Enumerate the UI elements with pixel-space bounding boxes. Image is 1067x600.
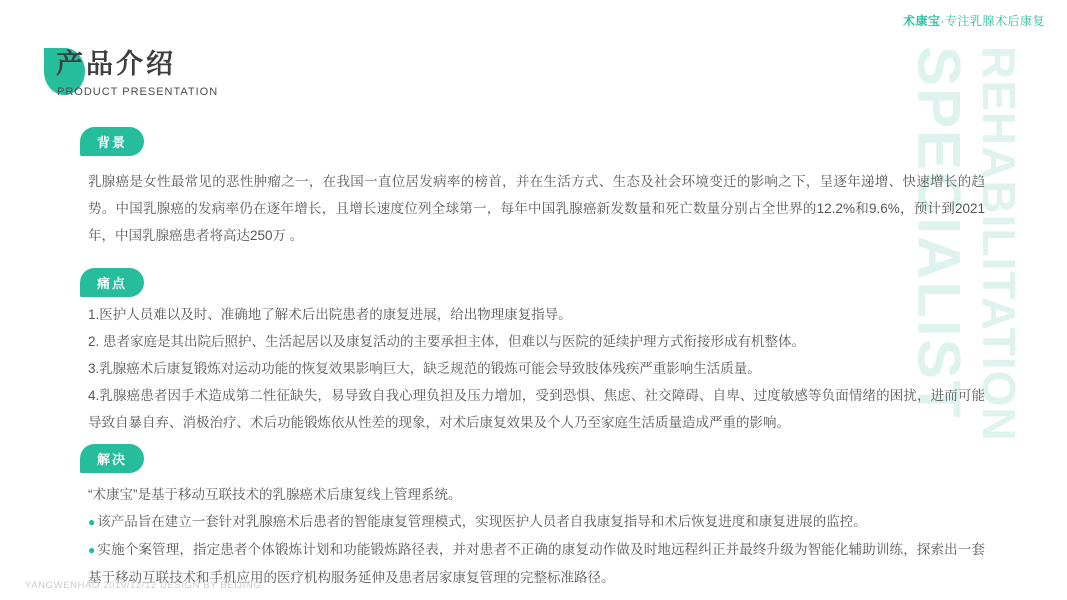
section-badge-painpoints: 痛点 bbox=[80, 268, 144, 297]
painpoint-item-3: 3.乳腺癌术后康复锻炼对运动功能的恢复效果影响巨大，缺乏规范的锻炼可能会导致肢体… bbox=[88, 355, 985, 382]
solution-intro: “术康宝”是基于移动互联技术的乳腺癌术后康复线上管理系统。 bbox=[88, 481, 985, 508]
title-block: 产品介绍 PRODUCT PRESENTATION bbox=[44, 46, 218, 98]
solution-bullet-2-text: 实施个案管理，指定患者个体锻炼计划和功能锻炼路径表，并对患者不正确的康复动作做及… bbox=[88, 542, 985, 585]
section-badge-solution: 解决 bbox=[80, 444, 144, 473]
painpoint-item-1: 1.医护人员难以及时、准确地了解术后出院患者的康复进展，给出物理康复指导。 bbox=[88, 301, 985, 328]
solution-bullet-1: ●该产品旨在建立一套针对乳腺癌术后患者的智能康复管理模式，实现医护人员者自我康复… bbox=[88, 508, 985, 536]
painpoint-item-2: 2. 患者家庭是其出院后照护、生活起居以及康复活动的主要承担主体，但难以与医院的… bbox=[88, 328, 985, 355]
section-badge-background: 背景 bbox=[80, 127, 144, 156]
page-subtitle: PRODUCT PRESENTATION bbox=[57, 86, 218, 98]
painpoint-item-4: 4.乳腺癌患者因手术造成第二性征缺失，易导致自我心理负担及压力增加，受到恐惧、焦… bbox=[88, 382, 985, 436]
painpoints-list: 1.医护人员难以及时、准确地了解术后出院患者的康复进展，给出物理康复指导。 2.… bbox=[88, 301, 985, 436]
footer-credit: YANGWENHAO 2019/12/12 DESIGN BY BEIJING bbox=[25, 580, 261, 591]
solution-bullet-1-text: 该产品旨在建立一套针对乳腺癌术后患者的智能康复管理模式，实现医护人员者自我康复指… bbox=[97, 514, 867, 529]
brand: 术康宝·专注乳腺术后康复 bbox=[903, 12, 1045, 29]
solution-block: “术康宝”是基于移动互联技术的乳腺癌术后康复线上管理系统。 ●该产品旨在建立一套… bbox=[88, 481, 985, 591]
main-content: 背景 乳腺癌是女性最常见的恶性肿瘤之一，在我国一直位居发病率的榜首，并在生活方式… bbox=[88, 120, 985, 591]
bullet-dot-icon: ● bbox=[88, 515, 95, 529]
brand-tagline: ·专注乳腺术后康复 bbox=[941, 14, 1046, 28]
background-paragraph: 乳腺癌是女性最常见的恶性肿瘤之一，在我国一直位居发病率的榜首，并在生活方式、生态… bbox=[88, 168, 985, 249]
bullet-dot-icon: ● bbox=[88, 543, 95, 557]
brand-name: 术康宝 bbox=[903, 14, 941, 28]
page-title: 产品介绍 bbox=[56, 46, 218, 84]
